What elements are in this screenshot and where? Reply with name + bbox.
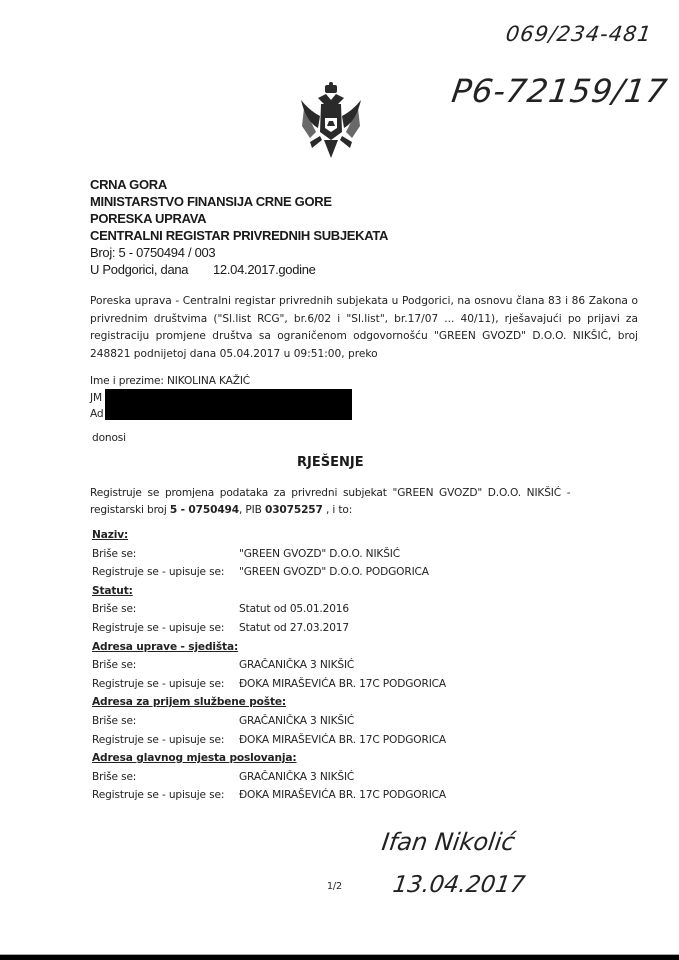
registration-suffix: , i to: [323,504,352,516]
delete-label: Briše se: [92,600,239,619]
handwritten-phone: 069/234-481 [504,22,653,46]
delete-label: Briše se: [92,656,239,675]
donosi-text: donosi [92,432,126,444]
applicant-jmbg-label: JM [90,392,102,404]
delete-label: Briše se: [92,768,239,787]
delete-value: GRAČANIČKA 3 NIKŠIĆ [239,715,354,727]
redaction-box [105,389,352,420]
section-title: Adresa glavnog mjesta poslovanja: [92,749,446,768]
section-naziv: Naziv: Briše se:"GREEN GVOZD" D.O.O. NIK… [92,526,446,582]
add-label: Registruje se - upisuje se: [92,731,239,750]
add-label: Registruje se - upisuje se: [92,563,239,582]
section-adresa-poslovanja: Adresa glavnog mjesta poslovanja: Briše … [92,749,446,805]
registration-text-line1: Registruje se promjena podataka za privr… [90,487,570,499]
header-line-tax-administration: PORESKA UPRAVA [90,210,206,227]
header-line-ministry: MINISTARSTVO FINANSIJA CRNE GORE [90,193,332,210]
section-title: Naziv: [92,526,446,545]
pib-number: 03075257 [265,504,323,516]
section-title: Adresa za prijem službene pošte: [92,693,446,712]
delete-value: GRAČANIČKA 3 NIKŠIĆ [239,771,354,783]
section-adresa-uprave: Adresa uprave - sjedišta: Briše se:GRAČA… [92,638,446,694]
decision-title: RJEŠENJE [297,455,364,470]
page-number: 1/2 [327,881,342,892]
registration-label: registarski broj [90,504,170,516]
delete-value: Statut od 05.01.2016 [239,603,349,615]
registration-text-line2: registarski broj 5 - 0750494, PIB 030752… [90,504,352,516]
add-label: Registruje se - upisuje se: [92,619,239,638]
handwritten-date: 13.04.2017 [391,872,526,898]
applicant-name: Ime i prezime: NIKOLINA KAŽIĆ [90,375,250,387]
montenegro-coat-of-arms-icon [296,82,366,162]
document-place: U Podgorici, dana [90,261,188,278]
section-title: Statut: [92,582,446,601]
document-date: 12.04.2017.godine [213,261,316,278]
applicant-address-label: Ad [90,408,104,420]
registration-number: 5 - 0750494 [170,504,239,516]
header-line-country: CRNA GORA [90,176,167,193]
delete-value: "GREEN GVOZD" D.O.O. NIKŠIĆ [239,548,400,560]
add-value: Statut od 27.03.2017 [239,622,349,634]
add-value: ĐOKA MIRAŠEVIĆA BR. 17C PODGORICA [239,678,446,690]
delete-label: Briše se: [92,712,239,731]
pib-label: , PIB [239,504,265,516]
add-value: "GREEN GVOZD" D.O.O. PODGORICA [239,566,429,578]
add-value: ĐOKA MIRAŠEVIĆA BR. 17C PODGORICA [239,734,446,746]
section-adresa-poste: Adresa za prijem službene pošte: Briše s… [92,693,446,749]
add-value: ĐOKA MIRAŠEVIĆA BR. 17C PODGORICA [239,789,446,801]
section-title: Adresa uprave - sjedišta: [92,638,446,657]
add-label: Registruje se - upisuje se: [92,786,239,805]
delete-label: Briše se: [92,545,239,564]
scan-bottom-edge [0,954,679,960]
section-statut: Statut: Briše se:Statut od 05.01.2016 Re… [92,582,446,638]
add-label: Registruje se - upisuje se: [92,675,239,694]
handwritten-reference: P6-72159/17 [449,72,670,110]
handwritten-signature: Ifan Nikolić [380,828,517,856]
document-number: Broj: 5 - 0750494 / 003 [90,244,215,261]
intro-paragraph: Poreska uprava - Centralni registar priv… [90,293,638,363]
changes-list: Naziv: Briše se:"GREEN GVOZD" D.O.O. NIK… [92,526,446,805]
delete-value: GRAČANIČKA 3 NIKŠIĆ [239,659,354,671]
header-line-registry: CENTRALNI REGISTAR PRIVREDNIH SUBJEKATA [90,227,388,244]
